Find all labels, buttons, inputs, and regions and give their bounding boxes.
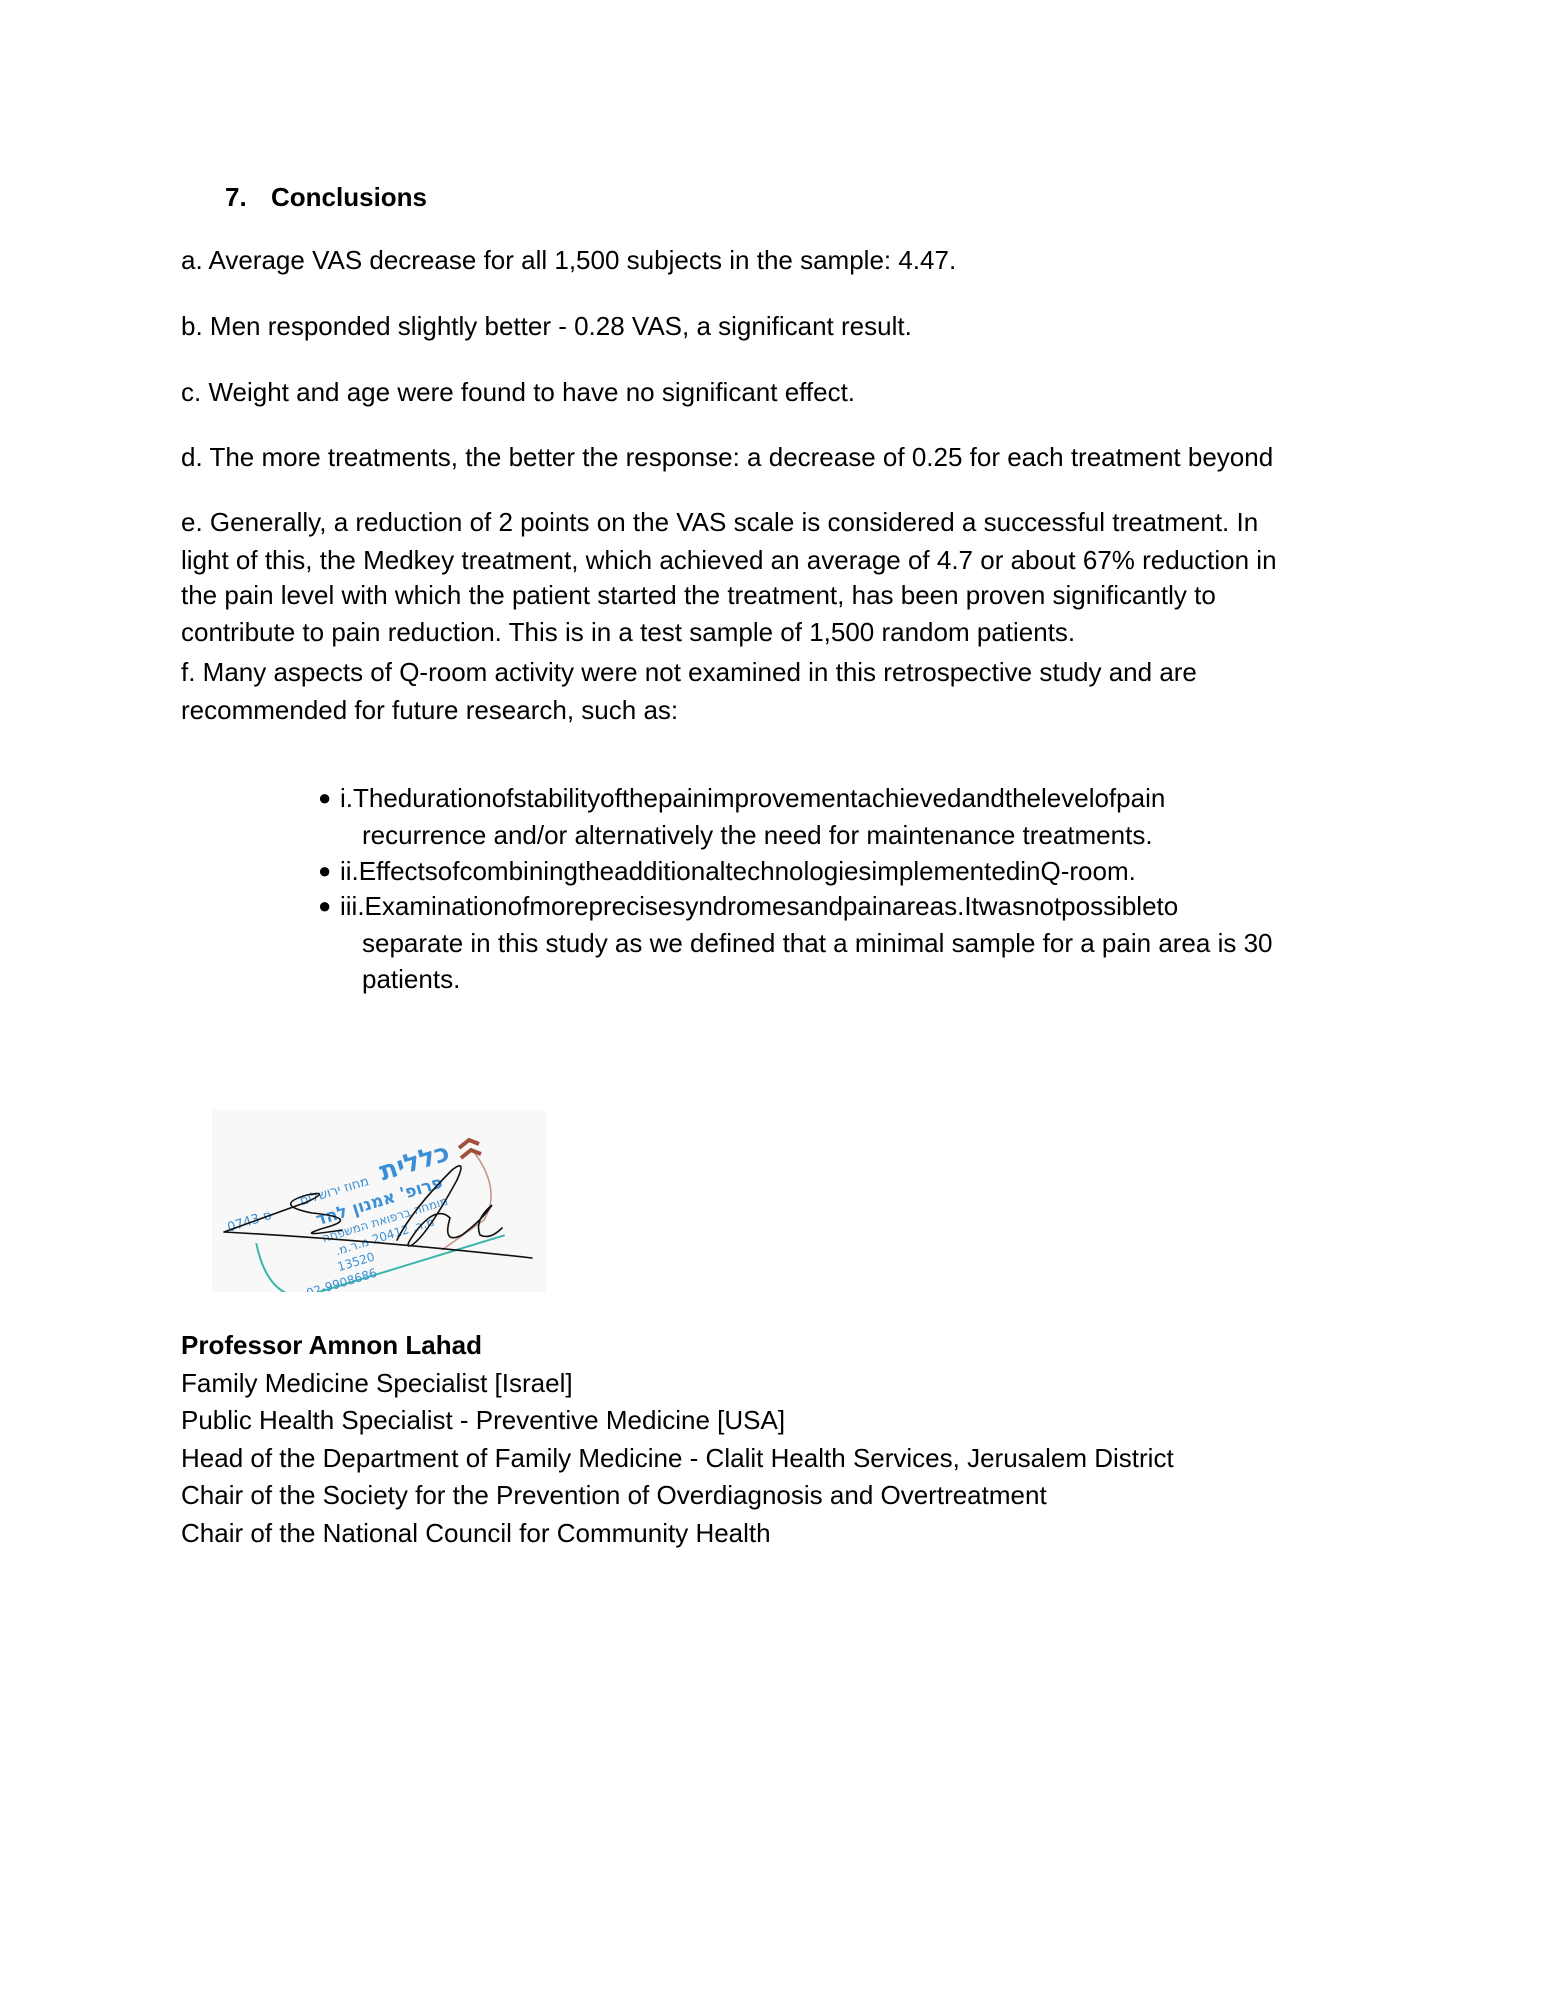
section-heading: 7.Conclusions bbox=[225, 182, 427, 212]
author-title: Public Health Specialist - Preventive Me… bbox=[181, 1402, 1174, 1440]
list-item-text: ii.Effectsofcombiningtheadditionaltechno… bbox=[340, 856, 1136, 886]
author-block: Professor Amnon Lahad Family Medicine Sp… bbox=[181, 1327, 1174, 1553]
author-name: Professor Amnon Lahad bbox=[181, 1327, 1174, 1365]
conclusion-e-line: the pain level with which the patient st… bbox=[181, 580, 1216, 610]
conclusion-c: c. Weight and age were found to have no … bbox=[181, 377, 855, 407]
list-item-continuation: recurrence and/or alternatively the need… bbox=[362, 820, 1153, 850]
author-title: Family Medicine Specialist [Israel] bbox=[181, 1365, 1174, 1403]
author-title: Chair of the Society for the Prevention … bbox=[181, 1477, 1174, 1515]
conclusion-a: a. Average VAS decrease for all 1,500 su… bbox=[181, 245, 956, 275]
svg-text:0743 ס: 0743 ס bbox=[226, 1208, 274, 1236]
conclusion-e-line: e. Generally, a reduction of 2 points on… bbox=[181, 507, 1258, 537]
conclusion-e-line: light of this, the Medkey treatment, whi… bbox=[181, 545, 1277, 575]
conclusion-f-line: recommended for future research, such as… bbox=[181, 695, 678, 725]
list-item-text: iii.Examinationofmoreprecisesyndromesand… bbox=[340, 891, 1178, 921]
conclusion-f-line: f. Many aspects of Q-room activity were … bbox=[181, 657, 1197, 687]
author-title: Head of the Department of Family Medicin… bbox=[181, 1440, 1174, 1478]
bullet-icon: ● bbox=[318, 783, 331, 813]
conclusion-b: b. Men responded slightly better - 0.28 … bbox=[181, 311, 912, 341]
signature-stamp-image: כללית מחוז ירושלים 0743 ס פרופ' אמנון לה… bbox=[212, 1110, 546, 1292]
list-item-continuation: separate in this study as we defined tha… bbox=[362, 928, 1273, 958]
bullet-icon: ● bbox=[318, 856, 331, 886]
list-item: ● i.Thedurationofstabilityofthepainimpro… bbox=[0, 783, 1545, 813]
section-title: Conclusions bbox=[271, 182, 427, 212]
conclusion-e-line: contribute to pain reduction. This is in… bbox=[181, 617, 1075, 647]
section-number: 7. bbox=[225, 182, 271, 212]
author-title: Chair of the National Council for Commun… bbox=[181, 1515, 1174, 1553]
list-item: ● ii.Effectsofcombiningtheadditionaltech… bbox=[0, 856, 1545, 886]
bullet-icon: ● bbox=[318, 891, 331, 921]
list-item-text: i.Thedurationofstabilityofthepainimprove… bbox=[340, 783, 1165, 813]
conclusion-d: d. The more treatments, the better the r… bbox=[181, 442, 1273, 472]
list-item: ● iii.Examinationofmoreprecisesyndromesa… bbox=[0, 891, 1545, 921]
list-item-continuation: patients. bbox=[362, 964, 460, 994]
signature-stamp-graphic: כללית מחוז ירושלים 0743 ס פרופ' אמנון לה… bbox=[212, 1110, 546, 1292]
